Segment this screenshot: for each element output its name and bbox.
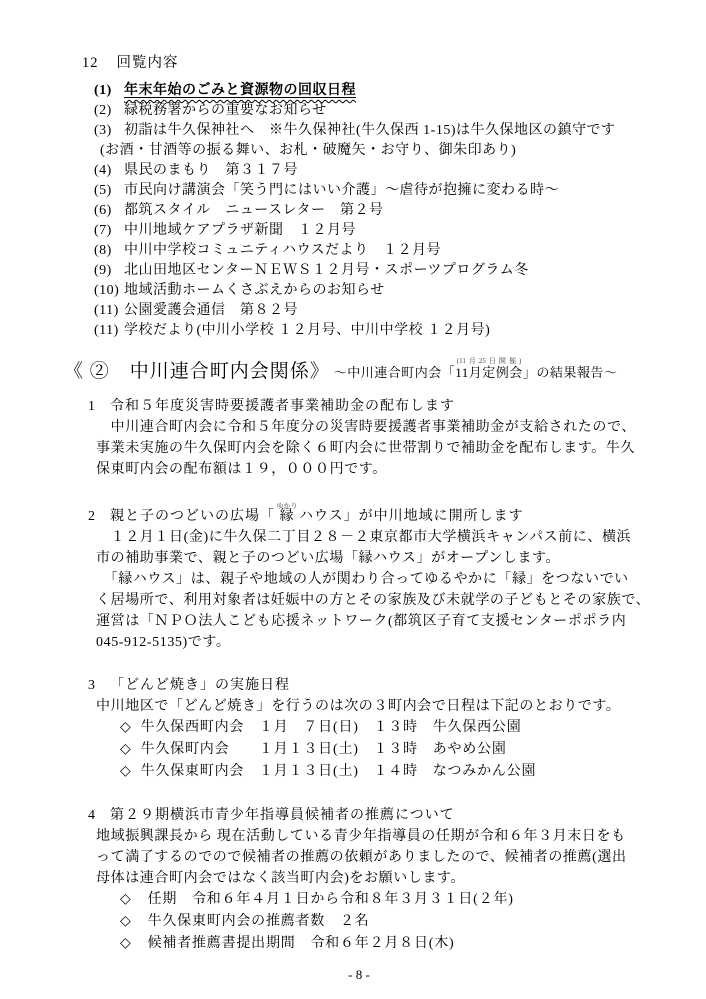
section-youth-leader: 4第２９期横浜市青少年指導員候補者の推薦について 地域振興課長から 現在活動して… xyxy=(82,805,636,955)
page-section-heading: 12回覧内容 xyxy=(82,52,636,74)
list-item-text: 市民向け講演会「笑う門にはいい介護」～虐待が抱擁に変わる時～ xyxy=(124,183,559,198)
subsection-number: 3 xyxy=(88,675,110,696)
list-item-number: (2) xyxy=(94,101,124,121)
schedule-item: ◇牛久保西町内会 １月 ７日(日) １３時 牛久保西公園 xyxy=(120,717,636,739)
detail-item-text: 任期 令和６年４月１日から令和８年３月３１日(２年) xyxy=(148,892,514,907)
paragraph-line: 運営は「ＮＰＯ法人こども応援ネットワーク(都筑区子育て支援センターポポラ内 xyxy=(96,611,636,632)
list-item-text: 中川中学校コミュニティハウスだより １２月号 xyxy=(124,243,441,258)
subsection-title-text: 第２９期横浜市青少年指導員候補者の推薦について xyxy=(110,808,455,823)
list-item: (10)地域活動ホームくさぶえからのお知らせ xyxy=(94,281,636,301)
list-item: (7)中川地域ケアプラザ新聞 １２月号 xyxy=(94,221,636,241)
list-item-number: (7) xyxy=(94,221,124,241)
schedule-item: ◇牛久保東町内会 １月１３日(土) １４時 なつみかん公園 xyxy=(120,761,636,783)
list-item-continuation: (お酒・甘酒等の振る舞い、お札・破魔矢・お守り、御朱印あり) xyxy=(100,141,636,161)
list-item-text: 中川地域ケアプラザ新聞 １２月号 xyxy=(124,223,356,238)
document-page: 12回覧内容 (1)年末年始のごみと資源物の回収日程 (2)緑税務署からの重要な… xyxy=(0,0,706,999)
diamond-bullet-icon: ◇ xyxy=(120,936,132,951)
detail-item: ◇任期 令和６年４月１日から令和８年３月３１日(２年) xyxy=(120,889,636,911)
list-item-text: 初詣は牛久保神社へ ※牛久保神社(牛久保西 1-15)は牛久保地区の鎮守です xyxy=(124,123,616,138)
section-title: 回覧内容 xyxy=(117,55,179,71)
section-yukari-house: 2親と子のつどいの広場「 縁ゆかり ハウス」が中川地域に開所します １２月１日(… xyxy=(82,502,636,653)
schedule-item-text: 牛久保町内会 １月１３日(土) １３時 あやめ公園 xyxy=(141,742,507,757)
list-item-number: (8) xyxy=(94,241,124,261)
list-item: (1)年末年始のごみと資源物の回収日程 xyxy=(94,81,636,101)
paragraph-line: 地域振興課長から 現在活動している青少年指導員の任期が令和６年３月末日をも xyxy=(96,826,636,847)
detail-item: ◇牛久保東町内会の推薦者数 ２名 xyxy=(120,911,636,933)
list-item-text: 学校だより(中川小学校 １２月号、中川中学校 １２月号) xyxy=(124,323,490,338)
subsection-title: 2親と子のつどいの広場「 縁ゆかり ハウス」が中川地域に開所します xyxy=(82,502,636,527)
yukari-ruby: 縁ゆかり xyxy=(280,509,295,524)
list-item: (2)緑税務署からの重要なお知らせ xyxy=(94,101,636,121)
diamond-bullet-icon: ◇ xyxy=(120,892,132,907)
paragraph-line: 事業未実施の牛久保町内会を除く６町内会に世帯割りで補助金を配布します。牛久 xyxy=(96,438,636,459)
paragraph: 地域振興課長から 現在活動している青少年指導員の任期が令和６年３月末日をも って… xyxy=(96,826,636,889)
list-item: (8)中川中学校コミュニティハウスだより １２月号 xyxy=(94,241,636,261)
detail-item-text: 牛久保東町内会の推薦者数 ２名 xyxy=(148,914,370,929)
detail-item-text: 候補者推薦書提出期間 令和６年２月８日(木) xyxy=(148,936,455,951)
paragraph-line: 市の補助事業で、親と子のつどい広場「縁ハウス」がオープンします。 xyxy=(96,548,636,569)
detail-item: ◇候補者推薦書提出期間 令和６年２月８日(木) xyxy=(120,933,636,955)
list-item-number: (1) xyxy=(94,81,124,101)
meeting-date-ruby: 11月定例会(11月25日開催) xyxy=(455,365,523,380)
subsection-number: 4 xyxy=(88,805,110,826)
paragraph-line: 中川連合町内会に令和５年度分の災害時要援護者事業補助金が支給されたので、 xyxy=(96,417,636,438)
diamond-bullet-icon: ◇ xyxy=(120,914,132,929)
list-item: (6)都筑スタイル ニュースレター 第２号 xyxy=(94,201,636,221)
list-item-text: 緑税務署からの重要なお知らせ xyxy=(124,103,327,118)
list-item-text: 都筑スタイル ニュースレター 第２号 xyxy=(124,203,383,218)
list-item: (11)公園愛護会通信 第８２号 xyxy=(94,301,636,321)
paragraph-line: 「縁ハウス」は、親子や地域の人が関わり合ってゆるやかに「縁」をつないでい xyxy=(96,569,636,590)
list-item-number: (5) xyxy=(94,181,124,201)
paragraph-line: １２月１日(金)に牛久保二丁目２８－２東京都市大学横浜キャンパス前に、横浜 xyxy=(96,527,636,548)
subsection-title: 3「どんど焼き」の実施日程 xyxy=(82,675,636,696)
subsection-number: 1 xyxy=(88,396,110,417)
diamond-bullet-icon: ◇ xyxy=(120,764,132,779)
list-item: (3)初詣は牛久保神社へ ※牛久保神社(牛久保西 1-15)は牛久保地区の鎮守で… xyxy=(94,121,636,141)
list-item-number: (3) xyxy=(94,121,124,141)
list-item-text: 北山田地区センターＮＥＷＳ１２月号・スポーツプログラム冬 xyxy=(124,263,529,278)
paragraph: 中川連合町内会に令和５年度分の災害時要援護者事業補助金が支給されたので、 事業未… xyxy=(96,417,636,480)
subsection-title: 4第２９期横浜市青少年指導員候補者の推薦について xyxy=(82,805,636,826)
schedule-item-text: 牛久保西町内会 １月 ７日(日) １３時 牛久保西公園 xyxy=(141,720,522,735)
page-number: - 8 - xyxy=(82,965,636,985)
diamond-bullet-icon: ◇ xyxy=(120,742,132,757)
list-item-text-emphasized: 年末年始のごみと資源物の回収日程 xyxy=(124,83,356,98)
paragraph-line: 母体は連合町内会ではなく該当町内会)をお願いします。 xyxy=(96,868,636,889)
list-item-number: (10) xyxy=(94,281,124,301)
subsection-title-text: 親と子のつどいの広場「 縁ゆかり ハウス」が中川地域に開所します xyxy=(110,509,524,524)
list-item-number: (11) xyxy=(94,301,124,321)
subsection-title: 1令和５年度災害時要援護者事業補助金の配布します xyxy=(82,396,636,417)
list-item-text: 公園愛護会通信 第８２号 xyxy=(124,303,298,318)
list-item-text: (お酒・甘酒等の振る舞い、お札・破魔矢・お守り、御朱印あり) xyxy=(100,143,516,158)
list-item: (9)北山田地区センターＮＥＷＳ１２月号・スポーツプログラム冬 xyxy=(94,261,636,281)
association-heading-main: 《 ② 中川連合町内会関係》 xyxy=(64,361,330,382)
schedule-list: ◇牛久保西町内会 １月 ７日(日) １３時 牛久保西公園 ◇牛久保町内会 １月１… xyxy=(120,717,636,783)
subsection-title-text: 令和５年度災害時要援護者事業補助金の配布します xyxy=(110,399,455,414)
subsection-number: 2 xyxy=(88,506,110,527)
list-item-number: (6) xyxy=(94,201,124,221)
paragraph: １２月１日(金)に牛久保二丁目２８－２東京都市大学横浜キャンパス前に、横浜 市の… xyxy=(96,527,636,653)
schedule-item-text: 牛久保東町内会 １月１３日(土) １４時 なつみかん公園 xyxy=(141,764,537,779)
section-subsidy: 1令和５年度災害時要援護者事業補助金の配布します 中川連合町内会に令和５年度分の… xyxy=(82,396,636,480)
list-item-number: (9) xyxy=(94,261,124,281)
paragraph-line: って満了するのでので候補者の推薦の依頼がありましたので、候補者の推薦(選出 xyxy=(96,847,636,868)
association-section-heading: 《 ② 中川連合町内会関係》 ～中川連合町内会「11月定例会(11月25日開催)… xyxy=(64,357,636,388)
list-item: (5)市民向け講演会「笑う門にはいい介護」～虐待が抱擁に変わる時～ xyxy=(94,181,636,201)
list-item: (4)県民のまもり 第３１７号 xyxy=(94,161,636,181)
list-item-number: (4) xyxy=(94,161,124,181)
circulation-list: (1)年末年始のごみと資源物の回収日程 (2)緑税務署からの重要なお知らせ (3… xyxy=(94,81,636,341)
paragraph-line: く居場所で、利用対象者は妊娠中の方とその家族及び未就学の子どもとその家族で、 xyxy=(96,590,636,611)
list-item-text: 地域活動ホームくさぶえからのお知らせ xyxy=(124,283,385,298)
list-item-text: 県民のまもり 第３１７号 xyxy=(124,163,298,178)
paragraph-line: 045-912-5135)です。 xyxy=(96,632,636,653)
paragraph: 中川地区で「どんど焼き」を行うのは次の３町内会で日程は下記のとおりです。 xyxy=(96,696,636,717)
detail-list: ◇任期 令和６年４月１日から令和８年３月３１日(２年) ◇牛久保東町内会の推薦者… xyxy=(120,889,636,955)
diamond-bullet-icon: ◇ xyxy=(120,720,132,735)
association-heading-subtitle: ～中川連合町内会「11月定例会(11月25日開催)」の結果報告～ xyxy=(334,365,618,380)
list-item-number: (11) xyxy=(94,321,124,341)
paragraph-line: 中川地区で「どんど焼き」を行うのは次の３町内会で日程は下記のとおりです。 xyxy=(96,696,636,717)
paragraph-line: 保東町内会の配布額は１９，０００円です。 xyxy=(96,459,636,480)
section-number: 12 xyxy=(82,55,99,71)
list-item: (11)学校だより(中川小学校 １２月号、中川中学校 １２月号) xyxy=(94,321,636,341)
section-dondoyaki: 3「どんど焼き」の実施日程 中川地区で「どんど焼き」を行うのは次の３町内会で日程… xyxy=(82,675,636,783)
schedule-item: ◇牛久保町内会 １月１３日(土) １３時 あやめ公園 xyxy=(120,739,636,761)
subsection-title-text: 「どんど焼き」の実施日程 xyxy=(110,678,290,693)
